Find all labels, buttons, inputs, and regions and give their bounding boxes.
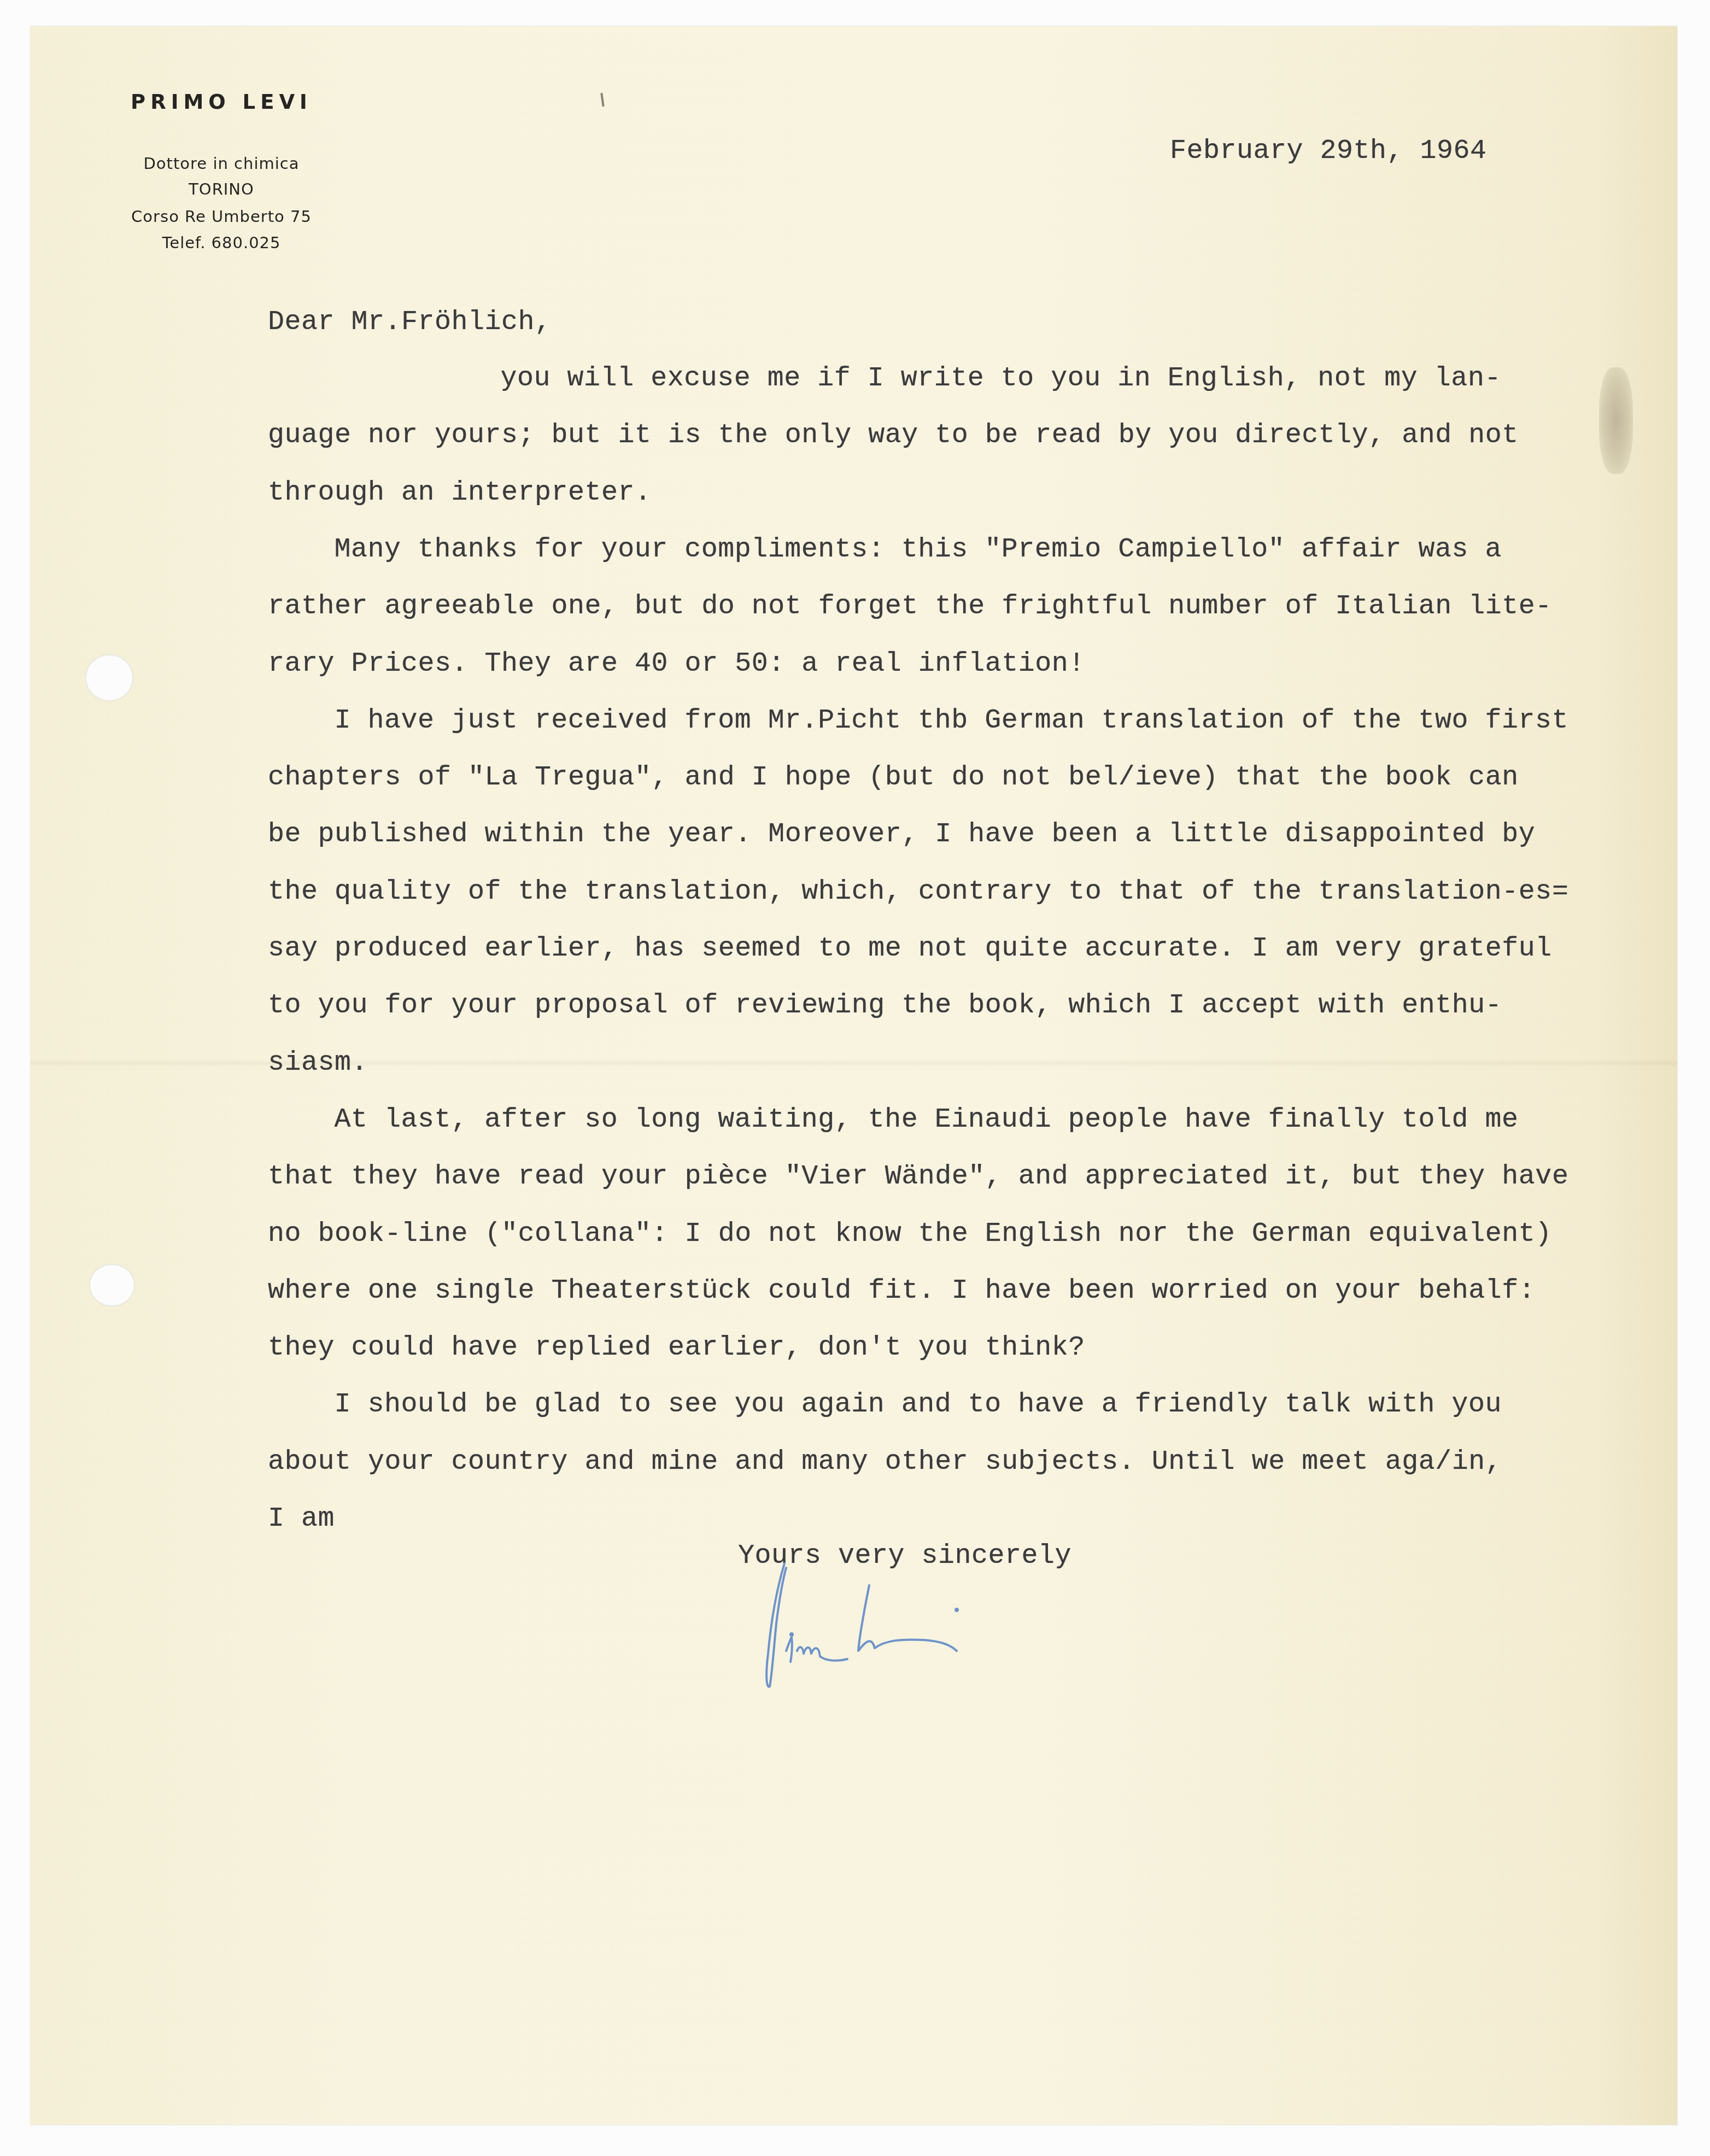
body-line: At last, after so long waiting, the Eina… xyxy=(335,1106,1519,1134)
body-line: siasm. xyxy=(268,1050,368,1077)
salutation: Dear Mr.Fröhlich, xyxy=(268,309,552,336)
punch-hole-bottom xyxy=(89,1264,135,1307)
body-line: I should be glad to see you again and to… xyxy=(335,1391,1502,1419)
body-line: say produced earlier, has seemed to me n… xyxy=(268,935,1552,963)
letterhead-phone: Telef. 680.025 xyxy=(93,233,350,252)
body-line: rary Prices. They are 40 or 50: a real i… xyxy=(268,651,1085,678)
body-line: where one single Theaterstück could fit.… xyxy=(268,1278,1535,1305)
body-line: to you for your proposal of reviewing th… xyxy=(268,992,1502,1020)
body-line: through an interpreter. xyxy=(268,479,652,507)
body-line: chapters of "La Tregua", and I hope (but… xyxy=(268,764,1519,792)
letterhead-title: Dottore in chimica xyxy=(93,154,350,173)
body-line: I have just received from Mr.Picht thb G… xyxy=(335,707,1568,735)
body-line: I am xyxy=(268,1505,335,1533)
body-line: rather agreeable one, but do not forget … xyxy=(268,593,1552,620)
letterhead-address: Corso Re Umberto 75 xyxy=(93,207,350,226)
body-line: no book-line ("collana": I do not know t… xyxy=(268,1221,1552,1248)
punch-hole-top xyxy=(85,654,133,701)
letter-date: February 29th, 1964 xyxy=(1170,138,1487,165)
body-line: they could have replied earlier, don't y… xyxy=(268,1334,1085,1362)
body-line: you will excuse me if I write to you in … xyxy=(501,365,1501,392)
body-line: Many thanks for your compliments: this "… xyxy=(335,536,1502,564)
letterhead-name: PRIMO LEVI xyxy=(93,90,350,114)
body-line: the quality of the translation, which, c… xyxy=(268,878,1568,906)
paper-smudge xyxy=(1599,367,1633,474)
body-line: guage nor yours; but it is the only way … xyxy=(268,422,1519,449)
body-line: about your country and mine and many oth… xyxy=(268,1449,1502,1476)
body-line: be published within the year. Moreover, … xyxy=(268,821,1535,848)
body-line: that they have read your pièce "Vier Wän… xyxy=(268,1163,1568,1191)
letterhead-city: TORINO xyxy=(93,180,350,198)
handwritten-signature xyxy=(738,1558,1175,1700)
